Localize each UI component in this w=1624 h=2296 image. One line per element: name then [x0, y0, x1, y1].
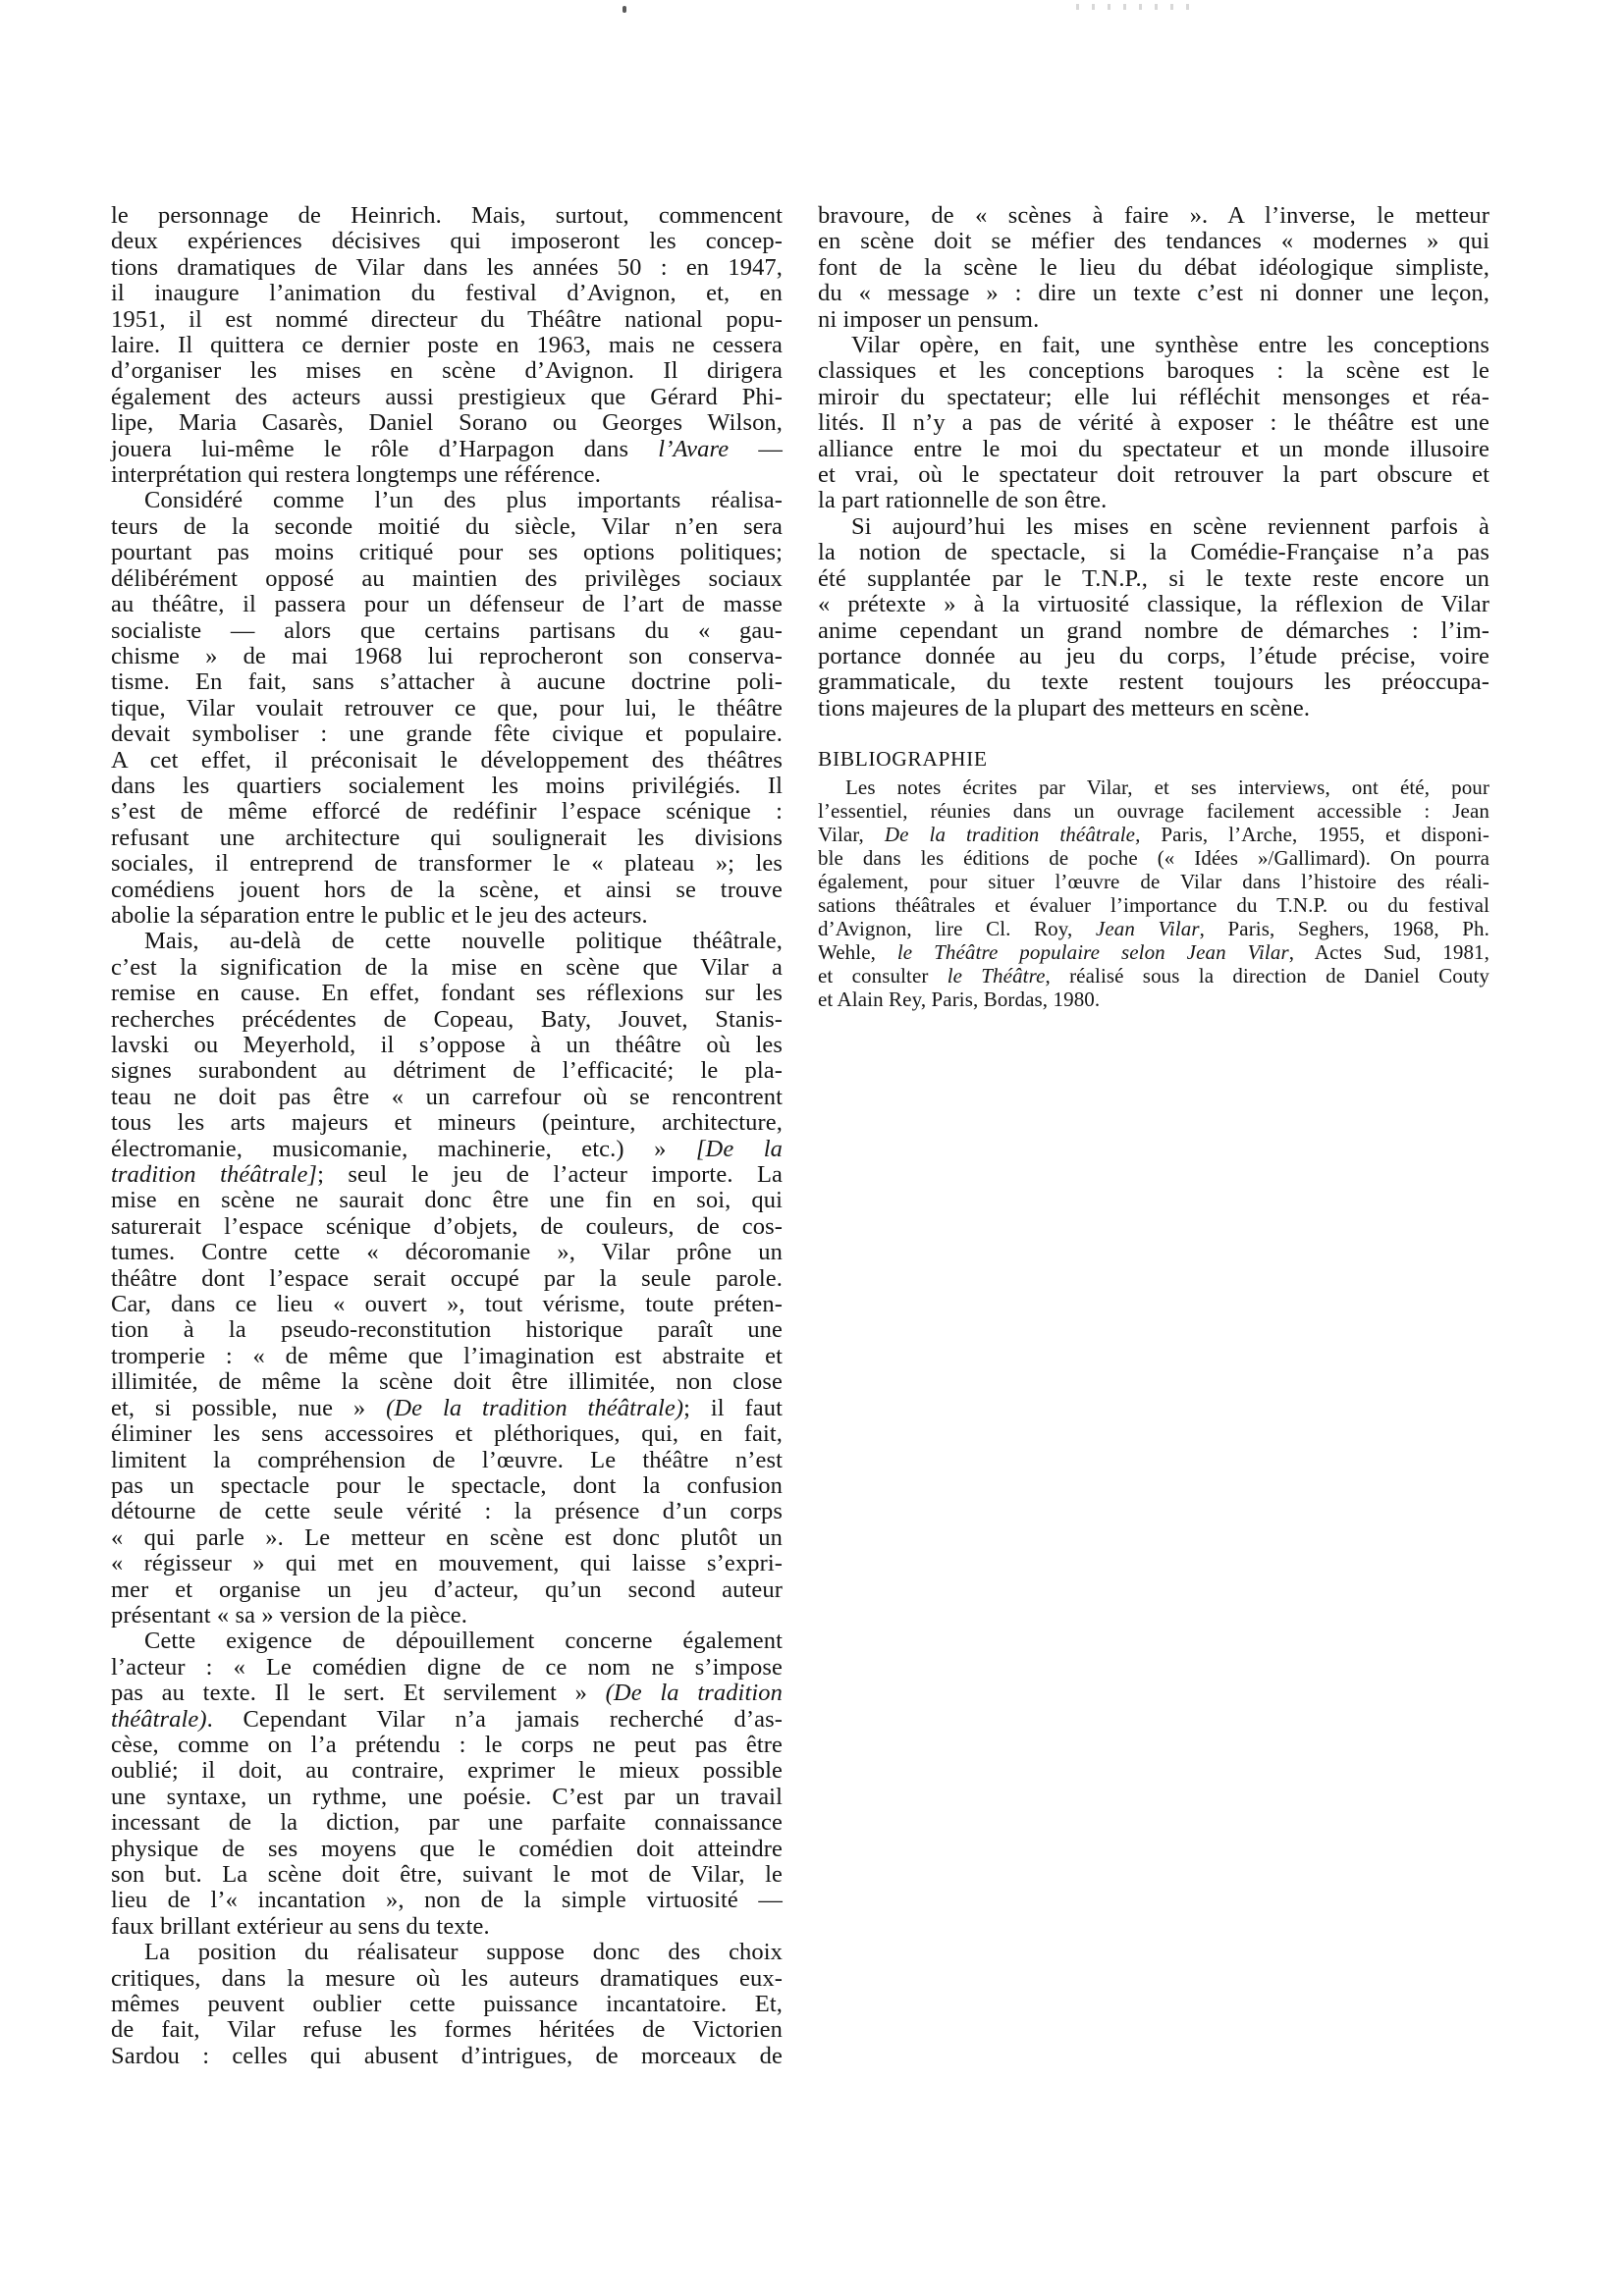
text-line: laire. Il quittera ce dernier poste en 1… [111, 333, 783, 358]
text-line: Considéré comme l’un des plus importants… [111, 488, 783, 513]
text-line: Vilar, De la tradition théâtrale, Paris,… [818, 823, 1489, 846]
paragraph: La position du réalisateur suppose donc … [111, 1940, 783, 2069]
text-line: devait symboliser : une grande fête civi… [111, 721, 783, 747]
text-line: portance donnée au jeu du corps, l’étude… [818, 644, 1489, 669]
text-line: la notion de spectacle, si la Comédie-Fr… [818, 540, 1489, 565]
text-line: physique de ses moyens que le comédien d… [111, 1837, 783, 1862]
text-line: mer et organise un jeu d’acteur, qu’un s… [111, 1577, 783, 1603]
text-line: Vilar opère, en fait, une synthèse entre… [818, 333, 1489, 358]
text-line: tions majeures de la plupart des metteur… [818, 696, 1489, 721]
paragraph: le personnage de Heinrich. Mais, surtout… [111, 203, 783, 488]
text-line: et vrai, où le spectateur doit retrouver… [818, 462, 1489, 488]
text-line: socialiste — alors que certains partisan… [111, 618, 783, 644]
text-line: été supplantée par le T.N.P., si le text… [818, 566, 1489, 592]
text-line: anime cependant un grand nombre de démar… [818, 618, 1489, 644]
text-line: du « message » : dire un texte c’est ni … [818, 281, 1489, 306]
paragraph: Vilar opère, en fait, une synthèse entre… [818, 333, 1489, 514]
text-line: délibérément opposé au maintien des priv… [111, 566, 783, 592]
text-line: illimitée, de même la scène doit être il… [111, 1369, 783, 1395]
text-line: saturerait l’espace scénique d’objets, d… [111, 1214, 783, 1240]
text-line: lités. Il n’y a pas de vérité à exposer … [818, 410, 1489, 436]
text-line: la part rationnelle de son être. [818, 488, 1489, 513]
text-line: « régisseur » qui met en mouvement, qui … [111, 1551, 783, 1576]
text-line: chisme » de mai 1968 lui reprocheront so… [111, 644, 783, 669]
text-line: sociales, il entreprend de transformer l… [111, 851, 783, 877]
text-line: ni imposer un pensum. [818, 307, 1489, 333]
text-line: Cette exigence de dépouillement concerne… [111, 1629, 783, 1654]
text-column-right: bravoure, de « scènes à faire ». A l’inv… [818, 203, 1489, 1011]
text-line: critiques, dans la mesure où les auteurs… [111, 1966, 783, 1992]
text-line: Les notes écrites par Vilar, et ses inte… [818, 775, 1489, 799]
text-line: pas au texte. Il le sert. Et servilement… [111, 1681, 783, 1706]
text-line: limitent la compréhension de l’œuvre. Le… [111, 1448, 783, 1473]
text-line: ble dans les éditions de poche (« Idées … [818, 846, 1489, 870]
text-line: théâtrale). Cependant Vilar n’a jamais r… [111, 1707, 783, 1733]
paragraph: Considéré comme l’un des plus importants… [111, 488, 783, 929]
text-line: détourne de cette seule vérité : la prés… [111, 1499, 783, 1524]
text-line: remise en cause. En effet, fondant ses r… [111, 981, 783, 1006]
text-line: cèse, comme on l’a prétendu : le corps n… [111, 1733, 783, 1758]
text-line: présentant « sa » version de la pièce. [111, 1603, 783, 1629]
text-line: d’organiser les mises en scène d’Avignon… [111, 358, 783, 384]
scan-marks-artifact [1076, 4, 1198, 10]
text-line: oublié; il doit, au contraire, exprimer … [111, 1758, 783, 1784]
text-line: teurs de la seconde moitié du siècle, Vi… [111, 514, 783, 540]
text-line: « prétexte » à la virtuosité classique, … [818, 592, 1489, 617]
scan-speck-artifact [623, 6, 626, 13]
text-line: tions dramatiques de Vilar dans les anné… [111, 255, 783, 281]
text-line: son but. La scène doit être, suivant le … [111, 1862, 783, 1888]
text-line: La position du réalisateur suppose donc … [111, 1940, 783, 1965]
text-line: et, si possible, nue » (De la tradition … [111, 1396, 783, 1421]
text-line: pourtant pas moins critiqué pour ses opt… [111, 540, 783, 565]
text-line: l’essentiel, réunies dans un ouvrage fac… [818, 799, 1489, 823]
document-page: le personnage de Heinrich. Mais, surtout… [0, 0, 1624, 2296]
text-line: l’acteur : « Le comédien digne de ce nom… [111, 1655, 783, 1681]
text-line: au théâtre, il passera pour un défenseur… [111, 592, 783, 617]
text-line: également des acteurs aussi prestigieux … [111, 385, 783, 410]
text-line: comédiens jouent hors de la scène, et ai… [111, 878, 783, 903]
text-line: 1951, il est nommé directeur du Théâtre … [111, 307, 783, 333]
text-line: Wehle, le Théâtre populaire selon Jean V… [818, 940, 1489, 964]
text-line: en scène doit se méfier des tendances « … [818, 229, 1489, 254]
text-line: lipe, Maria Casarès, Daniel Sorano ou Ge… [111, 410, 783, 436]
text-line: également, pour situer l’œuvre de Vilar … [818, 870, 1489, 893]
text-line: incessant de la diction, par une parfait… [111, 1810, 783, 1836]
text-line: tisme. En fait, sans s’attacher à aucune… [111, 669, 783, 695]
text-line: font de la scène le lieu du débat idéolo… [818, 255, 1489, 281]
text-column-left: le personnage de Heinrich. Mais, surtout… [111, 203, 783, 2069]
text-line: faux brillant extérieur au sens du texte… [111, 1914, 783, 1940]
text-line: signes surabondent au détriment de l’eff… [111, 1058, 783, 1084]
text-line: éliminer les sens accessoires et pléthor… [111, 1421, 783, 1447]
text-line: tradition théâtrale]; seul le jeu de l’a… [111, 1162, 783, 1188]
text-line: deux expériences décisives qui imposeron… [111, 229, 783, 254]
text-line: tique, Vilar voulait retrouver ce que, p… [111, 696, 783, 721]
text-line: lavski ou Meyerhold, il s’oppose à un th… [111, 1033, 783, 1058]
text-line: sations théâtrales et évaluer l’importan… [818, 893, 1489, 917]
text-line: d’Avignon, lire Cl. Roy, Jean Vilar, Par… [818, 917, 1489, 940]
text-line: bravoure, de « scènes à faire ». A l’inv… [818, 203, 1489, 229]
text-line: tion à la pseudo-reconstitution historiq… [111, 1317, 783, 1343]
text-line: pas un spectacle pour le spectacle, dont… [111, 1473, 783, 1499]
text-line: mise en scène ne saurait donc être une f… [111, 1188, 783, 1213]
text-line: alliance entre le moi du spectateur et u… [818, 437, 1489, 462]
text-line: abolie la séparation entre le public et … [111, 903, 783, 929]
bibliography-heading: BIBLIOGRAPHIE [818, 747, 1489, 771]
text-line: théâtre dont l’espace serait occupé par … [111, 1266, 783, 1292]
paragraph: Si aujourd’hui les mises en scène revien… [818, 514, 1489, 721]
paragraph: Mais, au-delà de cette nouvelle politiqu… [111, 929, 783, 1629]
text-line: Car, dans ce lieu « ouvert », tout véris… [111, 1292, 783, 1317]
text-line: Mais, au-delà de cette nouvelle politiqu… [111, 929, 783, 954]
text-line: électromanie, musicomanie, machinerie, e… [111, 1137, 783, 1162]
text-line: jouera lui-même le rôle d’Harpagon dans … [111, 437, 783, 462]
text-line: tous les arts majeurs et mineurs (peintu… [111, 1110, 783, 1136]
paragraph: Cette exigence de dépouillement concerne… [111, 1629, 783, 1940]
text-line: lieu de l’« incantation », non de la sim… [111, 1888, 783, 1913]
text-line: Sardou : celles qui abusent d’intrigues,… [111, 2044, 783, 2069]
text-line: de fait, Vilar refuse les formes héritée… [111, 2017, 783, 2043]
text-line: s’est de même efforcé de redéfinir l’esp… [111, 799, 783, 825]
text-line: dans les quartiers socialement les moins… [111, 774, 783, 799]
text-line: et consulter le Théâtre, réalisé sous la… [818, 964, 1489, 988]
text-line: « qui parle ». Le metteur en scène est d… [111, 1525, 783, 1551]
text-line: miroir du spectateur; elle lui réfléchit… [818, 385, 1489, 410]
text-line: et Alain Rey, Paris, Bordas, 1980. [818, 988, 1489, 1011]
text-line: c’est la signification de la mise en scè… [111, 955, 783, 981]
text-line: tumes. Contre cette « décoromanie », Vil… [111, 1240, 783, 1265]
text-line: le personnage de Heinrich. Mais, surtout… [111, 203, 783, 229]
text-line: grammaticale, du texte restent toujours … [818, 669, 1489, 695]
text-line: teau ne doit pas être « un carrefour où … [111, 1085, 783, 1110]
text-line: mêmes peuvent oublier cette puissance in… [111, 1992, 783, 2017]
paragraph: bravoure, de « scènes à faire ». A l’inv… [818, 203, 1489, 333]
text-line: interprétation qui restera longtemps une… [111, 462, 783, 488]
text-line: classiques et les conceptions baroques :… [818, 358, 1489, 384]
text-line: Si aujourd’hui les mises en scène revien… [818, 514, 1489, 540]
text-line: refusant une architecture qui soulignera… [111, 826, 783, 851]
paragraph: Les notes écrites par Vilar, et ses inte… [818, 775, 1489, 1011]
text-line: recherches précédentes de Copeau, Baty, … [111, 1007, 783, 1033]
text-line: tromperie : « de même que l’imagination … [111, 1344, 783, 1369]
text-line: une syntaxe, un rythme, une poésie. C’es… [111, 1785, 783, 1810]
text-line: il inaugure l’animation du festival d’Av… [111, 281, 783, 306]
text-line: A cet effet, il préconisait le développe… [111, 748, 783, 774]
